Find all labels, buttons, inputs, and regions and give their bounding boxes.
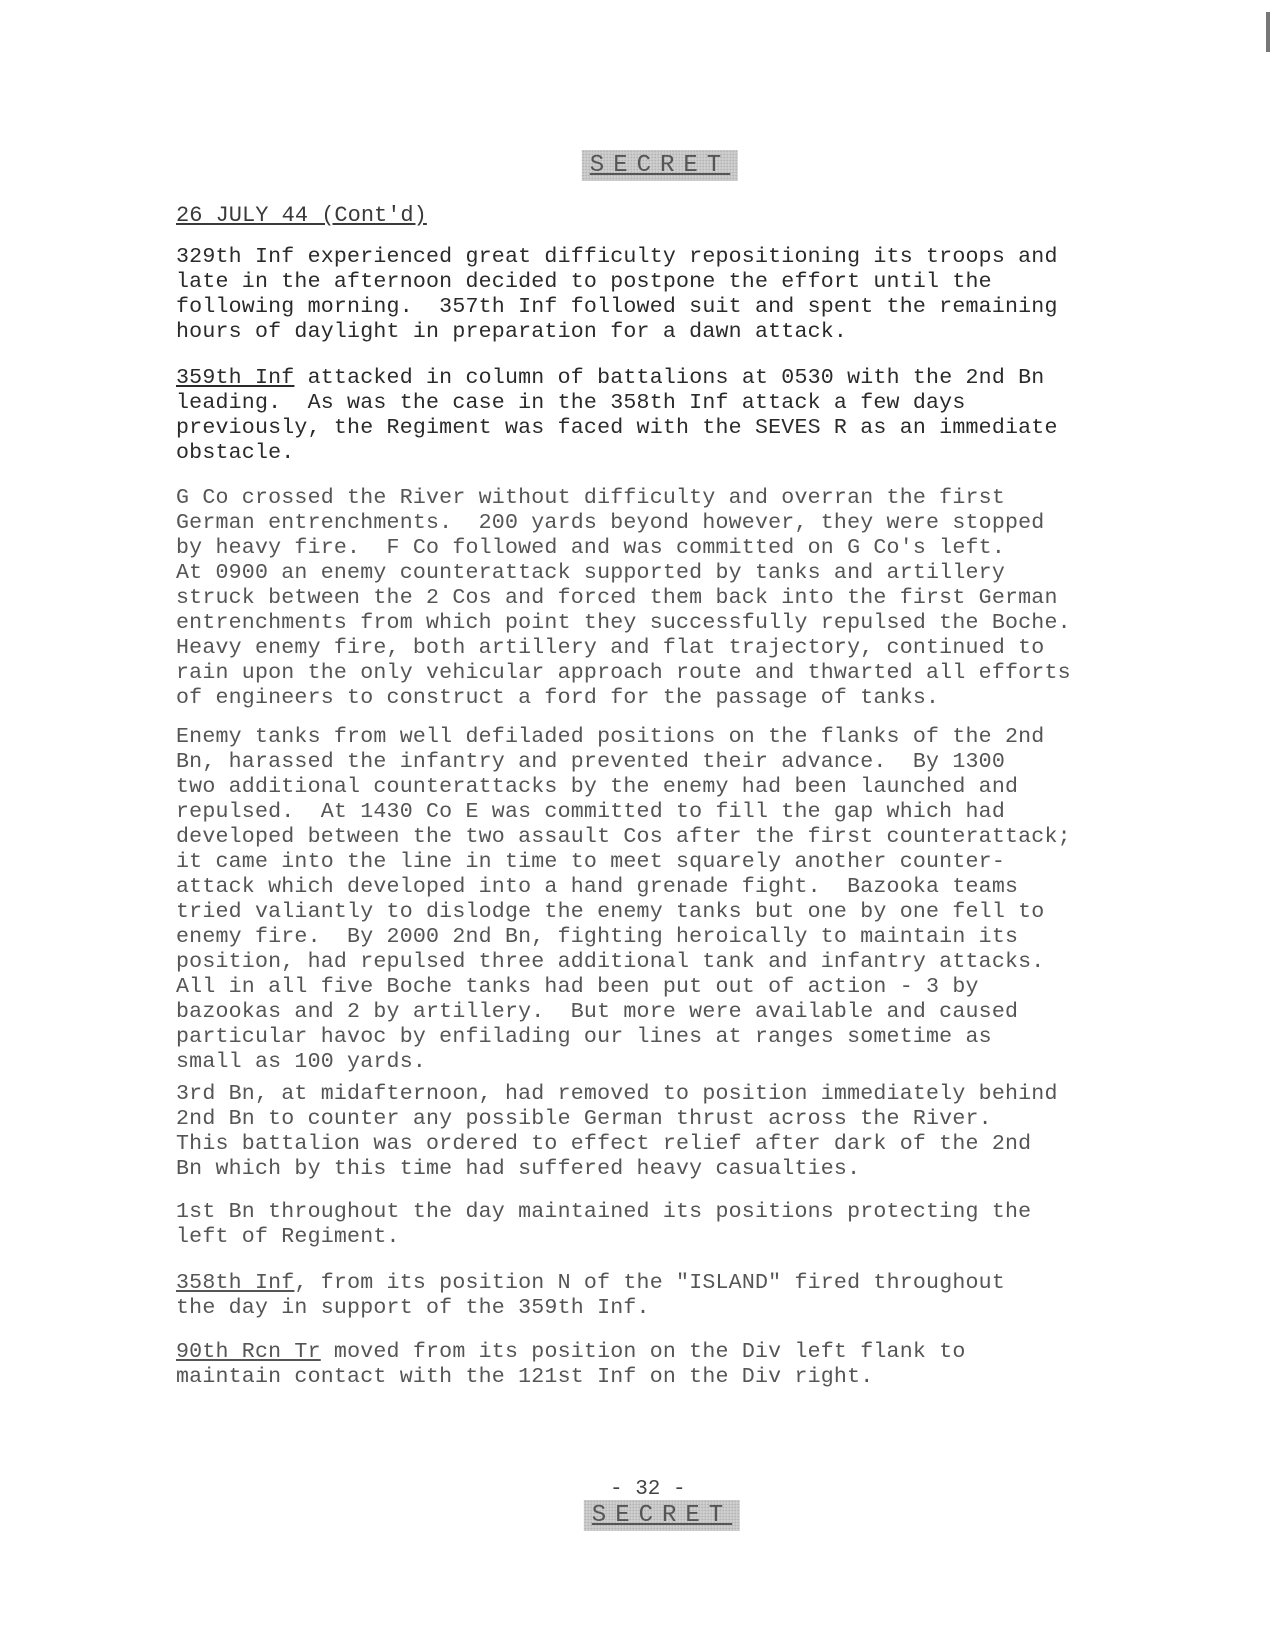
paragraph-lead: 90th Rcn Tr (176, 1340, 321, 1364)
paragraph-text: , from its position N of the "ISLAND" fi… (176, 1271, 1005, 1320)
paragraph-5: 3rd Bn, at midafternoon, had removed to … (176, 1082, 1058, 1182)
paragraph-8: 90th Rcn Tr moved from its position on t… (176, 1340, 966, 1390)
paragraph-2: 359th Inf attacked in column of battalio… (176, 366, 1058, 466)
paragraph-text: 3rd Bn, at midafternoon, had removed to … (176, 1082, 1058, 1181)
date-heading: 26 JULY 44 (Cont'd) (176, 203, 427, 228)
paragraph-7: 358th Inf, from its position N of the "I… (176, 1271, 1005, 1321)
classification-stamp-top: SECRET (582, 150, 738, 181)
page-number: - 32 - (610, 1478, 686, 1501)
paragraph-6: 1st Bn throughout the day maintained its… (176, 1200, 1031, 1250)
classification-stamp-bottom: SECRET (584, 1500, 740, 1531)
paragraph-text: attacked in column of battalions at 0530… (176, 366, 1058, 465)
paragraph-lead: 358th Inf (176, 1271, 294, 1295)
paragraph-lead: 359th Inf (176, 366, 294, 390)
paragraph-4: Enemy tanks from well defiladed position… (176, 725, 1071, 1075)
paragraph-text: Enemy tanks from well defiladed position… (176, 725, 1071, 1074)
paragraph-text: 1st Bn throughout the day maintained its… (176, 1200, 1031, 1249)
paragraph-3: G Co crossed the River without difficult… (176, 486, 1071, 711)
paragraph-text: 329th Inf experienced great difficulty r… (176, 245, 1058, 344)
edge-scan-mark (1266, 12, 1270, 52)
paragraph-1: 329th Inf experienced great difficulty r… (176, 245, 1058, 345)
paragraph-text: G Co crossed the River without difficult… (176, 486, 1071, 710)
